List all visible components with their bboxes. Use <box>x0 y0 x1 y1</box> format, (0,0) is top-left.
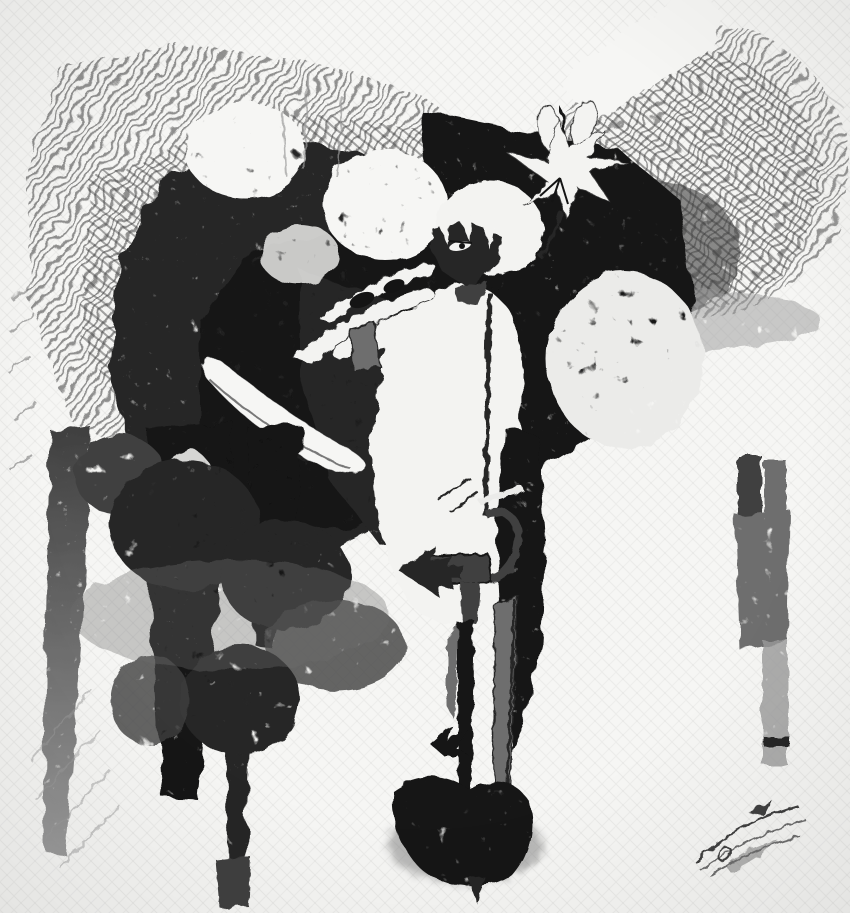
artwork-canvas: Black-and-white charcoal-style sketch: a… <box>0 0 850 913</box>
vignette-overlay <box>0 0 850 913</box>
sketch-artwork: Black-and-white charcoal-style sketch: a… <box>0 0 850 913</box>
